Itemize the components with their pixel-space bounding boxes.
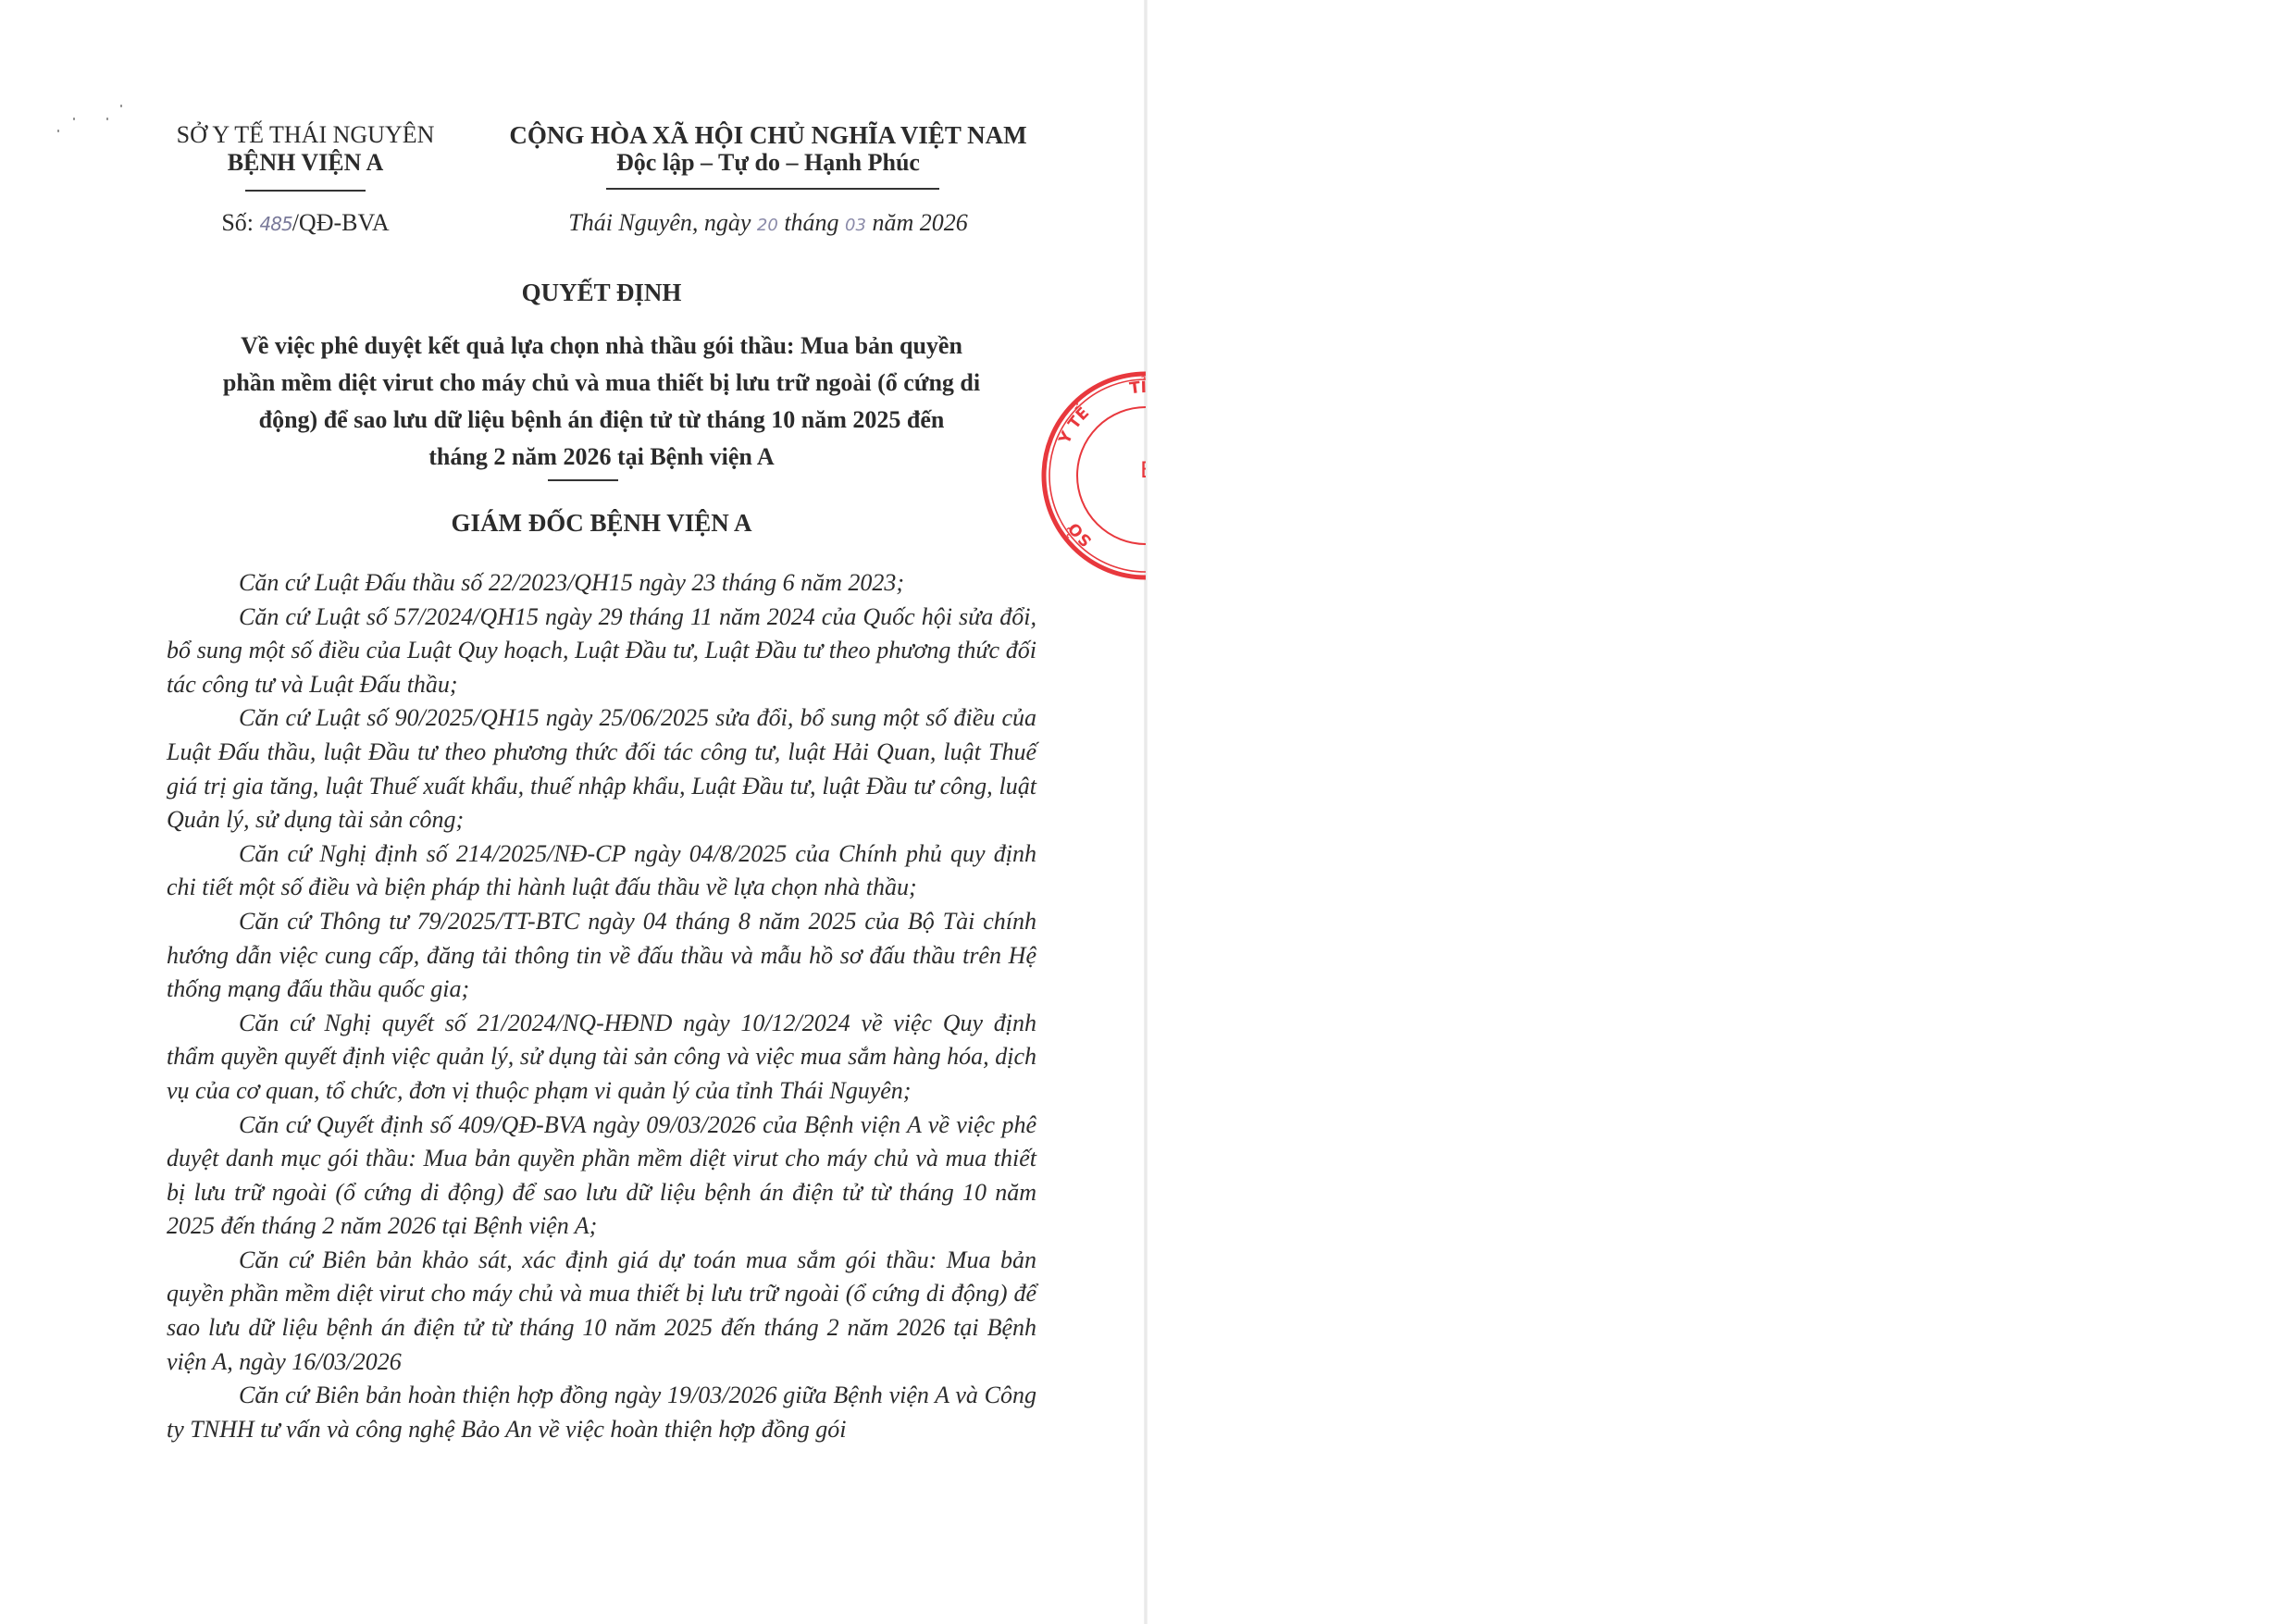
unit-underline [245,190,366,192]
national-title: CỘNG HÒA XÃ HỘI CHỦ NGHĨA VIỆT NAM [500,123,1036,148]
scan-speck [120,105,122,107]
legal-basis-paragraph: Căn cứ Nghị quyết số 21/2024/NQ-HĐND ngà… [167,1007,1036,1109]
legal-basis-paragraph: Căn cứ Luật Đấu thầu số 22/2023/QH15 ngà… [167,566,1036,601]
subject-line: phần mềm diệt virut cho máy chủ và mua t… [167,365,1036,402]
issuing-unit: BỆNH VIỆN A [167,151,444,175]
document-title: QUYẾT ĐỊNH [167,280,1036,305]
date-day-handwritten: 20 [757,216,778,235]
svg-text:SỞ: SỞ [1061,518,1096,550]
date-place: Thái Nguyên, ngày [568,209,757,236]
subject-line: Về việc phê duyệt kết quả lựa chọn nhà t… [167,328,1036,365]
svg-text:BỆNH V: BỆNH V [1140,456,1146,483]
doc-number-handwritten: 485 [260,213,292,235]
scan-speck [73,118,75,120]
svg-text:TỈNH: TỈNH [1128,376,1146,401]
doc-number-prefix: Số: [221,209,259,236]
subject-underline [548,479,618,481]
issuing-authority: GIÁM ĐỐC BỆNH VIỆN A [167,511,1036,536]
date-year: năm 2026 [866,209,968,236]
legal-basis-paragraph: Căn cứ Quyết định số 409/QĐ-BVA ngày 09/… [167,1109,1036,1244]
date-month-label: tháng [778,209,845,236]
legal-basis-paragraph: Căn cứ Nghị định số 214/2025/NĐ-CP ngày … [167,837,1036,905]
national-motto: Độc lập – Tự do – Hạnh Phúc [500,151,1036,175]
legal-basis-paragraph: Căn cứ Luật số 90/2025/QH15 ngày 25/06/2… [167,701,1036,837]
issue-date: Thái Nguyên, ngày 20 tháng 03 năm 2026 [500,211,1036,235]
scan-speck [57,130,59,132]
subject-line: tháng 2 năm 2026 tại Bệnh viện A [167,439,1036,476]
date-month-handwritten: 03 [845,216,866,235]
issuing-agency: SỞ Y TẾ THÁI NGUYÊN [167,123,444,147]
subject-line: động) để sao lưu dữ liệu bệnh án điện tử… [167,402,1036,439]
document-subject: Về việc phê duyệt kết quả lựa chọn nhà t… [167,328,1036,476]
official-seal: Y TẾ TỈNH SỞ BỆNH V A ★ [1018,370,1146,583]
page-edge [1144,0,1148,1624]
legal-basis-paragraph: Căn cứ Biên bản hoàn thiện hợp đồng ngày… [167,1379,1036,1446]
legal-basis-paragraph: Căn cứ Luật số 57/2024/QH15 ngày 29 thán… [167,601,1036,702]
scan-speck [106,118,108,120]
doc-number-suffix: /QĐ-BVA [292,209,390,236]
legal-basis-paragraph: Căn cứ Thông tư 79/2025/TT-BTC ngày 04 t… [167,905,1036,1007]
seal-icon: Y TẾ TỈNH SỞ BỆNH V A ★ [1018,370,1146,583]
document-number: Số: 485/QĐ-BVA [167,211,444,235]
legal-basis-paragraph: Căn cứ Biên bản khảo sát, xác định giá d… [167,1244,1036,1379]
motto-underline [606,188,939,190]
legal-basis: Căn cứ Luật Đấu thầu số 22/2023/QH15 ngà… [167,566,1036,1446]
